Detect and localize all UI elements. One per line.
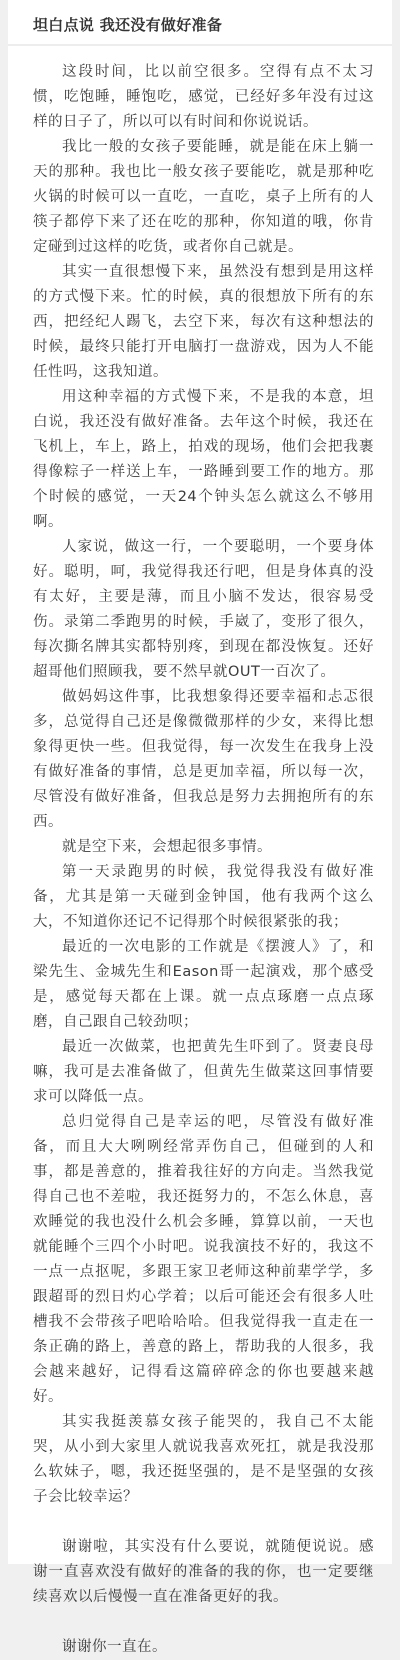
paragraph-1: 这段时间，比以前空很多。空得有点不太习惯，吃饱睡，睡饱吃，感觉，已经好多年没有过…: [33, 60, 374, 135]
paragraph-2: 我比一般的女孩子要能睡，就是能在床上躺一天的那种。我也比一般女孩子要能吃，就是那…: [33, 135, 374, 260]
article-body: 这段时间，比以前空很多。空得有点不太习惯，吃饱睡，睡饱吃，感觉，已经好多年没有过…: [8, 46, 392, 1564]
paragraph-5: 人家说，做这一行，一个要聪明，一个要身体好。聪明，呵，我觉得我还行吧，但是身体真…: [33, 535, 374, 685]
paragraph-6: 做妈妈这件事，比我想象得还要幸福和忐忑很多，总觉得自己还是像微微那样的少女，来得…: [33, 685, 374, 835]
paragraph-3: 其实一直很想慢下来，虽然没有想到是用这样的方式慢下来。忙的时候，真的很想放下所有…: [33, 260, 374, 385]
paragraph-11: 总归觉得自己是幸运的吧，尽管没有做好准备，而且大大咧咧经常弄伤自己，但碰到的人和…: [33, 1110, 374, 1410]
paragraph-10: 最近一次做菜，也把黄先生吓到了。贤妻良母嘛，我可是去准备做了，但黄先生做菜这回事…: [33, 1035, 374, 1110]
paragraph-9: 最近的一次电影的工作就是《摆渡人》了，和梁先生、金城先生和Eason哥一起演戏，…: [33, 935, 374, 1035]
article-header: 坦白点说 我还没有做好准备: [8, 0, 392, 46]
paragraph-7: 就是空下来，会想起很多事情。: [33, 835, 374, 860]
paragraph-12: 其实我挺羡慕女孩子能哭的，我自己不太能哭，从小到大家里人就说我喜欢死扛，就是我没…: [33, 1410, 374, 1510]
article-title: 坦白点说 我还没有做好准备: [33, 15, 392, 35]
paragraph-thanks: 谢谢啦，其实没有什么要说，就随便说说。感谢一直喜欢没有做好的准备的我的你，也一定…: [33, 1535, 374, 1564]
article-card: 坦白点说 我还没有做好准备 这段时间，比以前空很多。空得有点不太习惯，吃饱睡，睡…: [8, 0, 392, 1564]
paragraph-8: 第一天录跑男的时候，我觉得我没有做好准备，尤其是第一天碰到金钟国，他有我两个这么…: [33, 860, 374, 935]
paragraph-4: 用这种幸福的方式慢下来，不是我的本意，坦白说，我还没有做好准备。去年这个时候，我…: [33, 385, 374, 535]
